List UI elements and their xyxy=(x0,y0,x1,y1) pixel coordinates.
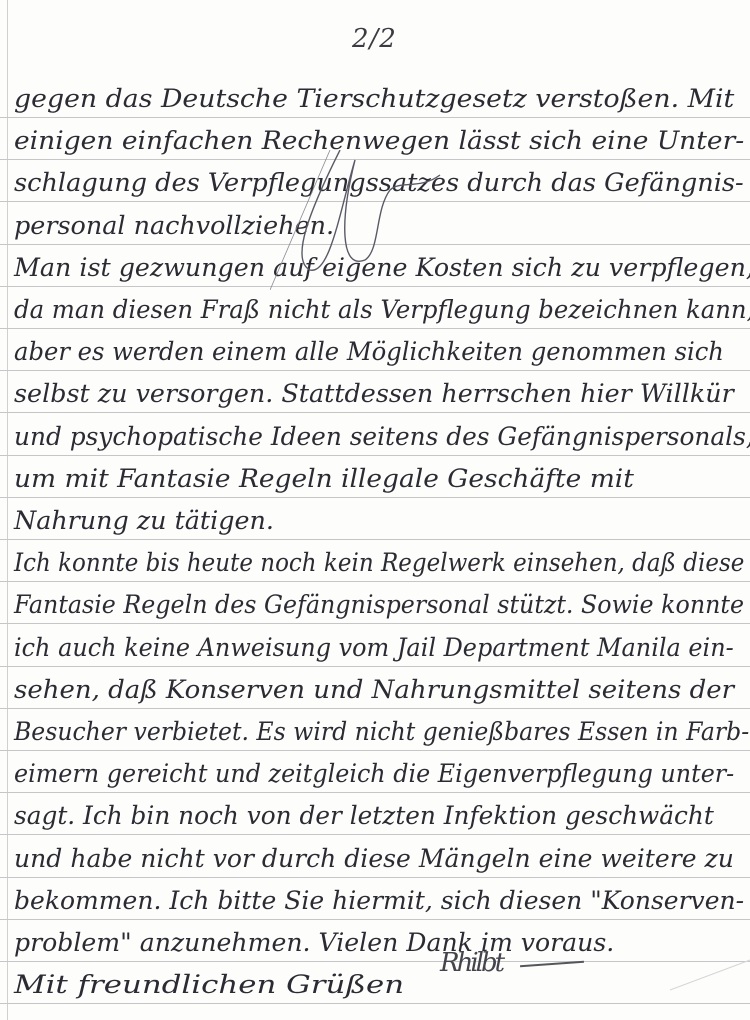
ruled-line xyxy=(0,1003,750,1004)
handwritten-line: Fantasie Regeln des Gefängnispersonal st… xyxy=(14,590,744,620)
handwritten-line: sehen, daß Konserven und Nahrungsmittel … xyxy=(14,675,734,705)
pen-scribble-mark xyxy=(270,150,450,290)
ruled-line xyxy=(0,539,750,540)
ruled-line xyxy=(0,117,750,118)
ruled-line xyxy=(0,370,750,371)
handwritten-line: bekommen. Ich bitte Sie hiermit, sich di… xyxy=(14,886,744,916)
ruled-line xyxy=(0,877,750,878)
ruled-line xyxy=(0,919,750,920)
handwritten-line: sagt. Ich bin noch von der letzten Infek… xyxy=(14,801,714,831)
handwritten-line: und habe nicht vor durch diese Mängeln e… xyxy=(14,844,734,874)
ruled-line xyxy=(0,497,750,498)
ruled-line xyxy=(0,708,750,709)
ruled-line xyxy=(0,834,750,835)
handwritten-line: da man diesen Fraß nicht als Verpflegung… xyxy=(14,295,750,325)
handwritten-line: eimern gereicht und zeitgleich die Eigen… xyxy=(14,759,734,789)
handwritten-line: um mit Fantasie Regeln illegale Geschäft… xyxy=(14,464,634,494)
ruled-line xyxy=(0,750,750,751)
letter-page: 2/2 gegen das Deutsche Tierschutzgesetz … xyxy=(0,0,750,1020)
handwritten-line: Nahrung zu tätigen. xyxy=(14,506,274,536)
handwritten-line: und psychopatische Ideen seitens des Gef… xyxy=(14,422,750,452)
handwritten-line: ich auch keine Anweisung vom Jail Depart… xyxy=(14,633,734,663)
handwritten-line: Mit freundlichen Grüßen xyxy=(14,970,404,1000)
handwritten-line: selbst zu versorgen. Stattdessen herrsch… xyxy=(14,379,734,409)
ruled-line xyxy=(0,666,750,667)
page-number: 2/2 xyxy=(352,24,397,54)
handwritten-line: Ich konnte bis heute noch kein Regelwerk… xyxy=(14,548,744,578)
handwritten-line: aber es werden einem alle Möglichkeiten … xyxy=(14,337,724,367)
ruled-line xyxy=(0,581,750,582)
handwritten-line: problem" anzunehmen. Vielen Dank im vora… xyxy=(14,928,614,958)
signature: Rhilbt xyxy=(440,948,502,978)
ruled-line xyxy=(0,961,750,962)
handwritten-line: gegen das Deutsche Tierschutzgesetz vers… xyxy=(14,84,734,114)
ruled-line xyxy=(0,455,750,456)
ruled-line xyxy=(0,412,750,413)
ruled-line xyxy=(0,623,750,624)
ruled-line xyxy=(0,792,750,793)
handwritten-line: Besucher verbietet. Es wird nicht genieß… xyxy=(14,717,749,747)
ruled-line xyxy=(0,328,750,329)
